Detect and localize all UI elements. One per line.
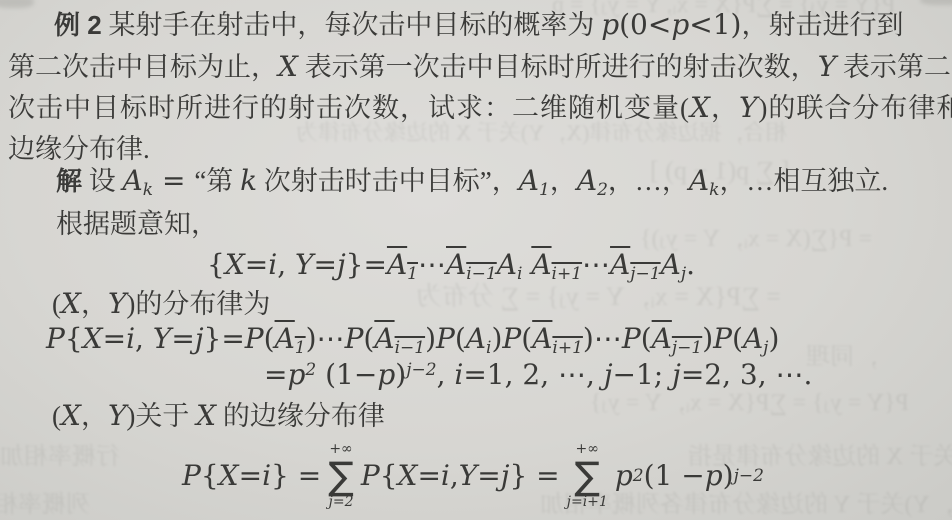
math-var: j xyxy=(195,322,204,355)
overlined-event: Ai−1 xyxy=(374,324,425,354)
math-var: i xyxy=(441,459,450,493)
cjk-text: 表示第一次击中目标时所进行的射击次数， xyxy=(298,52,818,82)
solution-line-2: 根据题意知， xyxy=(56,207,218,241)
math-subscript: i−1 xyxy=(466,264,497,284)
math-text: ( xyxy=(264,322,275,355)
cjk-text: ， xyxy=(81,289,108,319)
math-var: P xyxy=(245,322,264,355)
math-text: (1 − xyxy=(644,459,705,493)
math-var: X xyxy=(196,399,216,432)
summation-symbol: +∞∑j=i+1 xyxy=(567,442,608,511)
math-text: =2, 3, ⋯. xyxy=(681,358,813,391)
math-superscript: 2 xyxy=(305,360,316,380)
scan-smudge-right xyxy=(920,0,952,5)
math-var: P xyxy=(622,322,641,355)
math-text: . xyxy=(686,248,695,281)
math-var: i xyxy=(126,322,135,355)
cjk-text: 的边缘分布律 xyxy=(216,401,385,431)
cjk-text: ， xyxy=(81,401,108,431)
formula-marginal: P{X = i} = +∞∑j=2P{X = i, Y = j} = +∞∑j=… xyxy=(182,436,764,516)
math-var: p xyxy=(601,8,619,41)
math-text: ( xyxy=(455,322,466,355)
math-text: ( xyxy=(641,322,652,355)
math-var: j xyxy=(604,358,613,391)
math-var: Ai−1 xyxy=(446,248,497,281)
math-text: )⋯ xyxy=(583,322,622,355)
cjk-text: 某射手在射击中，每次击中目标的概率为 xyxy=(102,10,602,40)
sum-lower-limit: j=2 xyxy=(329,495,354,510)
overlined-event: A1 xyxy=(387,250,418,280)
math-var: X xyxy=(219,459,239,493)
math-text: (1− xyxy=(316,358,377,391)
math-text: = xyxy=(264,358,287,391)
math-var: P xyxy=(436,322,455,355)
cjk-text: ， xyxy=(550,166,577,196)
math-text: , xyxy=(437,358,455,391)
math-var: P xyxy=(713,322,732,355)
cjk-text: 第二次击中目标为止， xyxy=(8,52,278,82)
cjk-text: ， xyxy=(711,93,739,123)
bleedthrough-fragment: 行概率相加； xyxy=(0,436,120,471)
math-subscript: k xyxy=(143,180,153,200)
math-text: , xyxy=(135,322,153,355)
math-var: Y xyxy=(818,50,836,83)
math-var: X xyxy=(278,50,298,83)
math-var: X xyxy=(61,287,81,320)
cjk-text: 表示第二 xyxy=(836,52,951,82)
math-var: Y xyxy=(153,322,171,355)
math-subscript: j−1 xyxy=(630,264,660,284)
math-var: X xyxy=(690,91,711,124)
math-var: Aj xyxy=(743,322,769,355)
math-subscript: 1 xyxy=(539,180,550,200)
sum-lower-limit: j=i+1 xyxy=(567,495,608,510)
cjk-text: )的联合分布律和 xyxy=(758,93,952,123)
math-var: Ai+1 xyxy=(532,322,583,355)
math-subscript: j−1 xyxy=(672,338,702,358)
math-text: , xyxy=(277,248,295,281)
cjk-text: 次击中目标时所进行的射击次数，试求：二维随机变量( xyxy=(8,93,690,123)
math-text: )⋯ xyxy=(306,322,345,355)
bleedthrough-fragment: ，同理 xyxy=(806,336,878,371)
math-var: p xyxy=(377,358,395,391)
math-text: { xyxy=(201,459,219,493)
math-text: =1, 2, ⋯, xyxy=(463,358,604,391)
math-var: Y xyxy=(459,459,477,493)
problem-line-4: 边缘分布律. xyxy=(8,132,150,166)
math-text: = xyxy=(314,248,337,281)
math-text: = xyxy=(245,248,268,281)
math-text: ( xyxy=(521,322,532,355)
math-var: P xyxy=(502,322,521,355)
math-text: ⋯ xyxy=(582,248,610,281)
math-var: Ak xyxy=(689,164,720,197)
bold-label: 例 2 xyxy=(54,10,102,40)
math-var: Y xyxy=(108,287,126,320)
math-var: A2 xyxy=(577,164,608,197)
math-var: Ak xyxy=(123,164,154,197)
math-var: p xyxy=(615,459,633,493)
problem-line-1: 例 2 某射手在射击中，每次击中目标的概率为 p(0<p<1)，射击进行到 xyxy=(54,8,903,42)
marginal-intro: (X，Y)关于 X 的边缘分布律 xyxy=(52,399,385,433)
overlined-event: Aj−1 xyxy=(610,250,661,280)
cjk-text: 次射击时击中目标”， xyxy=(257,166,519,196)
cjk-text: ( xyxy=(52,289,61,319)
math-text: <1) xyxy=(689,8,741,41)
math-text: , xyxy=(450,459,459,493)
math-text: −1; xyxy=(613,358,673,391)
overlined-event: Ai+1 xyxy=(531,250,582,280)
overlined-event: Aj−1 xyxy=(652,324,703,354)
math-text: ⋯ xyxy=(418,248,446,281)
math-var: j xyxy=(672,358,681,391)
math-var: Ai xyxy=(466,322,492,355)
math-subscript: i+1 xyxy=(552,338,583,358)
math-var: Y xyxy=(739,91,758,124)
math-text: { xyxy=(380,459,398,493)
overlined-event: Ai−1 xyxy=(446,250,497,280)
math-text: = xyxy=(417,459,440,493)
math-text: ( xyxy=(363,322,374,355)
overlined-event: A1 xyxy=(275,324,306,354)
math-text: (0< xyxy=(619,8,671,41)
math-var: P xyxy=(46,322,65,355)
math-var: j xyxy=(337,248,346,281)
math-subscript: i−1 xyxy=(395,338,426,358)
math-text: = xyxy=(477,459,500,493)
scan-smudge-left xyxy=(0,0,34,8)
cjk-text: 边缘分布律. xyxy=(8,134,150,164)
math-text: { xyxy=(207,248,225,281)
math-var: i xyxy=(268,248,277,281)
math-text: ) xyxy=(768,322,779,355)
overlined-event: Ai+1 xyxy=(532,324,583,354)
math-var: Aj−1 xyxy=(652,322,703,355)
math-var: P xyxy=(345,322,364,355)
cjk-text: )的分布律为 xyxy=(126,289,270,319)
math-text: }= xyxy=(346,248,387,281)
math-text: ) xyxy=(491,322,502,355)
math-text: ) xyxy=(723,459,734,493)
bold-label: 解 xyxy=(56,166,82,196)
math-text: = xyxy=(239,459,262,493)
math-subscript: 1 xyxy=(295,338,306,358)
summation-symbol: +∞∑j=2 xyxy=(328,442,354,511)
math-var: A1 xyxy=(519,164,550,197)
formula-joint-prob-b: =p2 (1−p)j−2, i=1, 2, ⋯, j−1; j=2, 3, ⋯. xyxy=(264,358,812,392)
math-text xyxy=(522,248,531,281)
math-var: Ai+1 xyxy=(531,248,582,281)
math-text: { xyxy=(65,322,83,355)
math-var: p xyxy=(705,459,723,493)
math-text: ) xyxy=(395,358,406,391)
math-var: i xyxy=(454,358,463,391)
math-var: Y xyxy=(295,248,313,281)
sigma-glyph: ∑ xyxy=(328,457,354,495)
math-var: X xyxy=(61,399,81,432)
cjk-text: ( xyxy=(52,401,61,431)
math-var: Ai xyxy=(497,248,523,281)
math-var: A1 xyxy=(387,248,418,281)
bleedthrough-fragment: 列概率相加 xyxy=(0,484,90,519)
math-var: Y xyxy=(108,399,126,432)
math-var: p xyxy=(287,358,305,391)
math-var: i xyxy=(262,459,271,493)
cjk-text: “第 xyxy=(194,166,240,196)
math-var: P xyxy=(182,459,201,493)
dist-law-intro: (X，Y)的分布律为 xyxy=(52,287,270,321)
problem-line-2: 第二次击中目标为止，X 表示第一次击中目标时所进行的射击次数，Y 表示第二 xyxy=(8,50,951,84)
cjk-text: ，射击进行到 xyxy=(741,10,903,40)
math-subscript: 2 xyxy=(597,180,608,200)
math-text: = xyxy=(153,164,194,197)
math-text: ) xyxy=(702,322,713,355)
math-var: Ai−1 xyxy=(374,322,425,355)
math-var: P xyxy=(361,459,380,493)
math-var: X xyxy=(83,322,103,355)
math-var: X xyxy=(398,459,418,493)
math-var: p xyxy=(671,8,689,41)
math-var: Aj xyxy=(661,248,687,281)
problem-line-3: 次击中目标时所进行的射击次数，试求：二维随机变量(X，Y)的联合分布律和 xyxy=(8,91,952,125)
formula-joint-prob-a: P{X=i, Y=j}=P(A1)⋯P(Ai−1)P(Ai)P(Ai+1)⋯P(… xyxy=(46,322,779,356)
cjk-text: 根据题意知， xyxy=(56,209,218,239)
textbook-page: P{Y = yⱼ} = ∑P{X = xᵢ, Y = yⱼ} = p相合，据边缘… xyxy=(0,0,952,520)
math-text: } = xyxy=(509,459,559,493)
math-subscript: i+1 xyxy=(552,264,583,284)
math-text: = xyxy=(103,322,126,355)
math-var: Aj−1 xyxy=(610,248,661,281)
cjk-text: 设 xyxy=(82,166,123,196)
math-text: ( xyxy=(732,322,743,355)
cjk-text: ，…相互独立. xyxy=(719,166,888,196)
sigma-glyph: ∑ xyxy=(574,457,600,495)
math-var: A1 xyxy=(275,322,306,355)
formula-joint-event: {X=i, Y=j}=A1⋯Ai−1Ai Ai+1⋯Aj−1Aj. xyxy=(207,248,695,282)
math-subscript: k xyxy=(709,180,719,200)
math-var: j xyxy=(501,459,510,493)
math-text: }= xyxy=(204,322,245,355)
solution-line-1: 解 设 Ak = “第 k 次射击时击中目标”，A1，A2，…，Ak，…相互独立… xyxy=(56,164,888,198)
math-text: } = xyxy=(271,459,321,493)
cjk-text: )关于 xyxy=(126,401,196,431)
math-var: k xyxy=(240,164,257,197)
math-var: X xyxy=(225,248,245,281)
cjk-text: ，…， xyxy=(608,166,689,196)
math-superscript: j−2 xyxy=(406,360,436,380)
math-text: ) xyxy=(425,322,436,355)
math-subscript: 1 xyxy=(407,264,418,284)
math-text: = xyxy=(171,322,194,355)
